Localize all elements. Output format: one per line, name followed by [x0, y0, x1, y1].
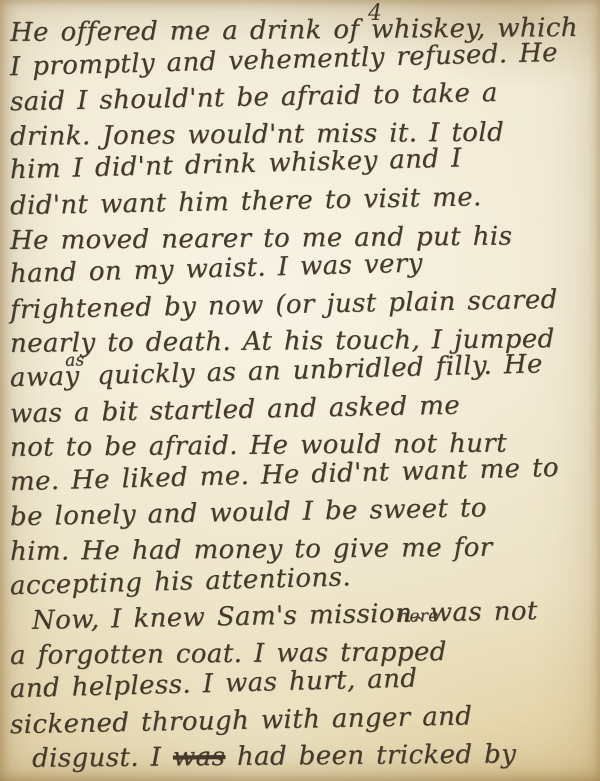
line-text: had been tricked by [237, 740, 517, 772]
line-text: disgust. I [32, 743, 162, 774]
inserted-word: as [65, 352, 85, 370]
struck-out-word: was [173, 743, 226, 773]
line-text: was not [429, 596, 538, 628]
line-text: Now, I knew Sam's mission [32, 599, 413, 636]
handwriting-lines: He offered me a drink of whiskey, which … [0, 16, 600, 777]
inserted-word: here [398, 608, 439, 626]
handwritten-line-with-strikethrough: disgust. I was had been tricked by [0, 737, 600, 777]
handwritten-page: 4 He offered me a drink of whiskey, whic… [0, 0, 600, 781]
insertion-anchor: here^ [412, 597, 419, 641]
